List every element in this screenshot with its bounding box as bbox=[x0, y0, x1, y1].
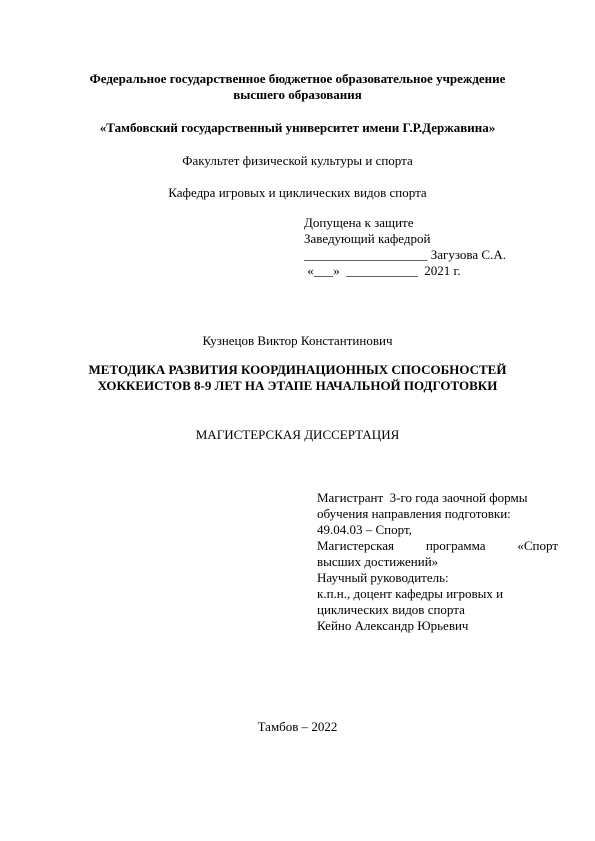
thesis-title-line-1: МЕТОДИКА РАЗВИТИЯ КООРДИНАЦИОННЫХ СПОСОБ… bbox=[0, 362, 595, 378]
info-line: Магистрант 3-го года заочной формы bbox=[317, 490, 558, 506]
info-line: к.п.н., доцент кафедры игровых и bbox=[317, 586, 558, 602]
approval-line-date: «___» ___________ 2021 г. bbox=[304, 263, 506, 279]
document-type: МАГИСТЕРСКАЯ ДИССЕРТАЦИЯ bbox=[0, 427, 595, 443]
author-name: Кузнецов Виктор Константинович bbox=[0, 333, 595, 349]
approval-line-head: Заведующий кафедрой bbox=[304, 231, 506, 247]
student-info-block: Магистрант 3-го года заочной формы обуче… bbox=[317, 490, 558, 634]
info-line: 49.04.03 – Спорт, bbox=[317, 522, 558, 538]
supervisor-name: Кейно Александр Юрьевич bbox=[317, 618, 558, 634]
info-line: высших достижений» bbox=[317, 554, 558, 570]
thesis-title: МЕТОДИКА РАЗВИТИЯ КООРДИНАЦИОННЫХ СПОСОБ… bbox=[0, 362, 595, 394]
info-line: циклических видов спорта bbox=[317, 602, 558, 618]
faculty-name: Факультет физической культуры и спорта bbox=[0, 153, 595, 169]
info-line: Магистерская программа «Спорт bbox=[317, 538, 558, 554]
info-line: Научный руководитель: bbox=[317, 570, 558, 586]
approval-block: Допущена к защите Заведующий кафедрой __… bbox=[304, 215, 506, 279]
approval-line-signature: ___________________ Загузова С.А. bbox=[304, 247, 506, 263]
info-line: обучения направления подготовки: bbox=[317, 506, 558, 522]
university-name: «Тамбовский государственный университет … bbox=[0, 120, 595, 136]
thesis-title-line-2: ХОККЕИСТОВ 8-9 ЛЕТ НА ЭТАПЕ НАЧАЛЬНОЙ ПО… bbox=[0, 378, 595, 394]
department-name: Кафедра игровых и циклических видов спор… bbox=[0, 185, 595, 201]
institution-line-2: высшего образования bbox=[0, 87, 595, 103]
city-year: Тамбов – 2022 bbox=[0, 719, 595, 735]
institution-line-1: Федеральное государственное бюджетное об… bbox=[0, 71, 595, 87]
approval-line-admitted: Допущена к защите bbox=[304, 215, 506, 231]
